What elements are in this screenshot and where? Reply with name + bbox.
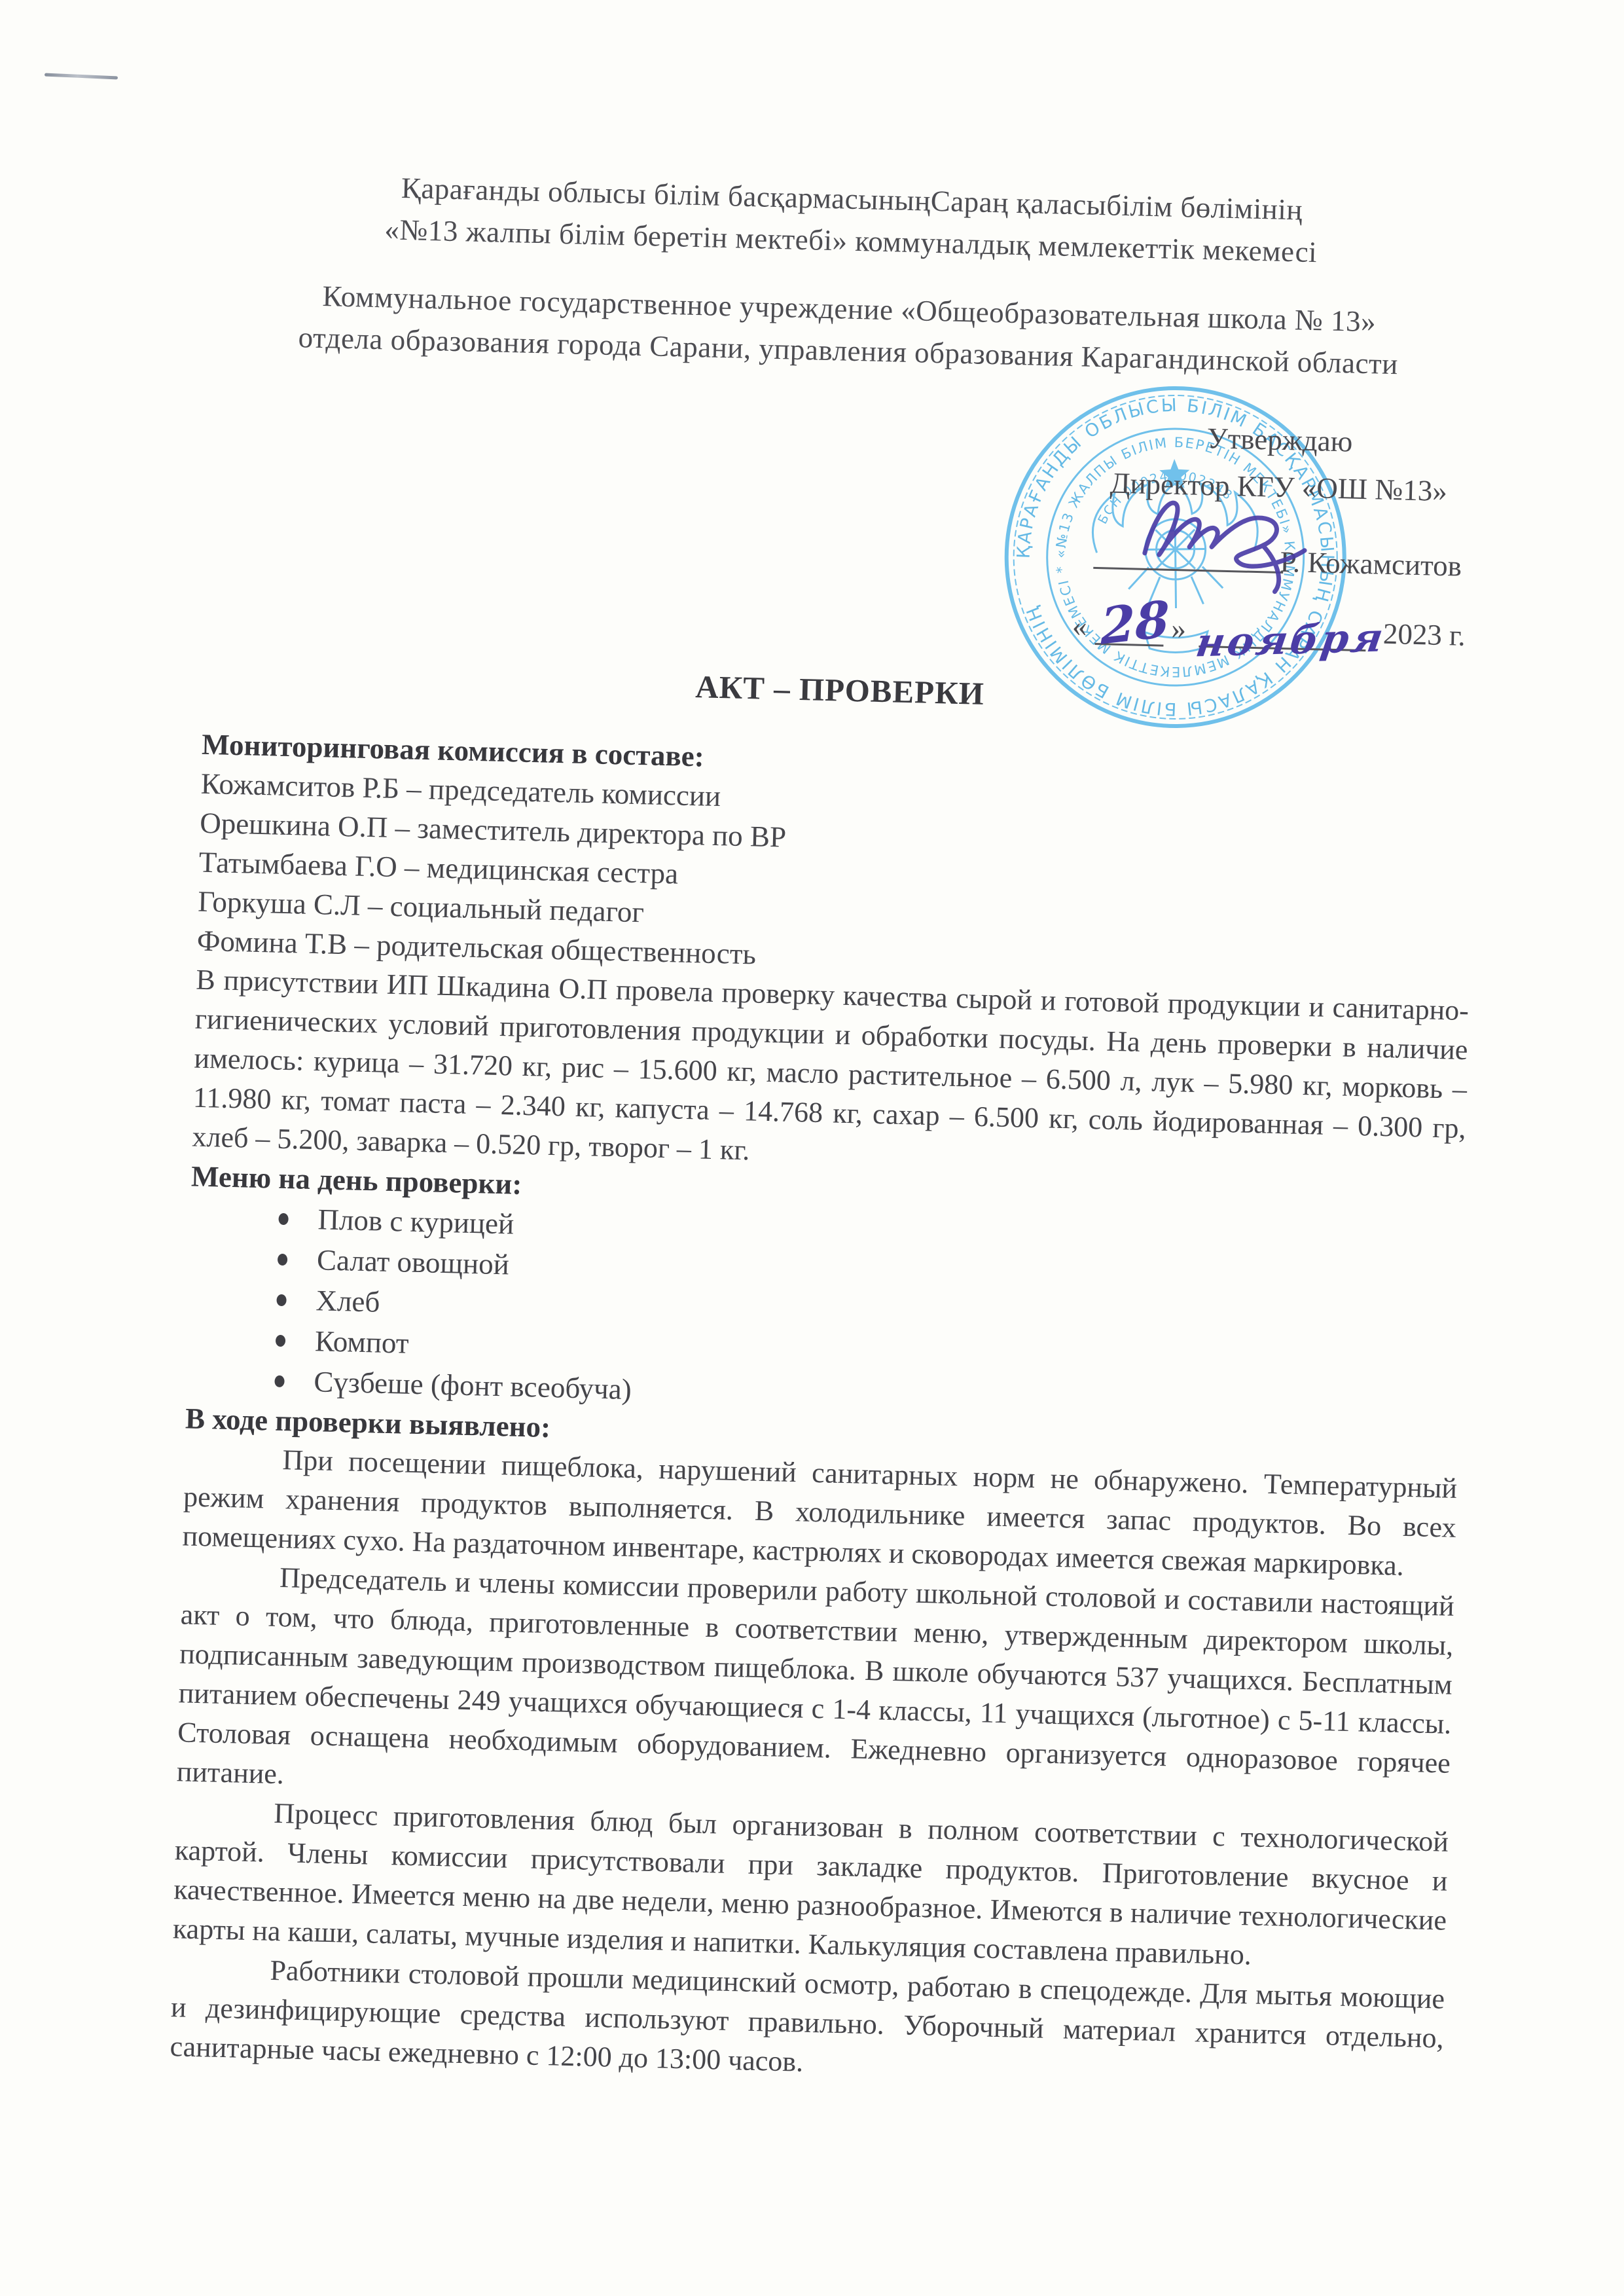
findings-paragraph: Процесс приготовления блюд был организов…: [172, 1791, 1449, 1979]
date-day-underline: 28: [1094, 608, 1164, 647]
scanned-document-page: Қарағанды облысы білім басқармасыныңСара…: [0, 0, 1624, 2296]
handwritten-month: ноября: [1193, 615, 1389, 666]
signature-row: Р. Кожамситов: [1074, 505, 1481, 589]
intro-paragraph: В присутствии ИП Шкадина О.П провела про…: [192, 960, 1470, 1188]
header-kazakh: Қарағанды облысы білім басқармасыныңСара…: [214, 162, 1489, 277]
document-content: Қарағанды облысы білім басқармасыныңСара…: [170, 162, 1489, 2098]
quote-close: »: [1171, 611, 1187, 647]
findings-paragraph: Председатель и члены комиссии проверили …: [176, 1556, 1454, 1822]
quote-open: «: [1072, 609, 1087, 645]
handwritten-day: 28: [1100, 589, 1170, 656]
approval-block: ҚАРАҒАНДЫ ОБЛЫСЫ БІЛІМ БАСҚАРМАСЫНЫҢ САР…: [1052, 411, 1483, 655]
date-row: « 28 » ноября 2023 г.: [1072, 579, 1479, 654]
header-russian: Коммунальное государственное учреждение …: [211, 272, 1487, 387]
date-month-underline: ноября: [1199, 610, 1366, 651]
date-year: 2023 г.: [1382, 617, 1466, 654]
scan-pen-artifact: [45, 73, 118, 80]
